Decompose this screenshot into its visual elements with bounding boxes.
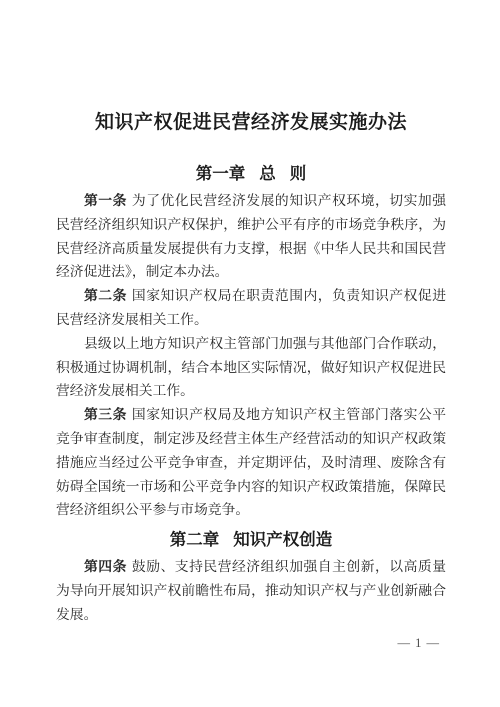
document-page: 知识产权促进民营经济发展实施办法 第一章总则第一条为了优化民营经济发展的知识产权… xyxy=(0,0,500,707)
document-body: 第一章总则第一条为了优化民营经济发展的知识产权环境，切实加强民营经济组织知识产权… xyxy=(56,160,446,627)
text-line: 发展。 xyxy=(56,603,446,627)
text-line: 措施应当经过公平竞争审查，并定期评估，及时清理、废除含有 xyxy=(56,451,446,475)
article-paragraph: 第三条国家知识产权局及地方知识产权主管部门落实公平竞争审查制度，制定涉及经营主体… xyxy=(56,403,446,522)
text-line: 第四条鼓励、支持民营经济组织加强自主创新，以高质量 xyxy=(56,555,446,579)
text-line: 第一条为了优化民营经济发展的知识产权环境，切实加强 xyxy=(56,189,446,213)
article-paragraph: 第四条鼓励、支持民营经济组织加强自主创新，以高质量为导向开展知识产权前瞻性布局，… xyxy=(56,555,446,626)
text-line: 第二条国家知识产权局在职责范围内，负责知识产权促进 xyxy=(56,284,446,308)
article-number: 第四条 xyxy=(84,559,127,574)
article-paragraph: 第一条为了优化民营经济发展的知识产权环境，切实加强民营经济组织知识产权保护，维护… xyxy=(56,189,446,284)
article-number: 第一条 xyxy=(84,193,127,208)
chapter-heading-text: 第二章 xyxy=(170,526,220,553)
page-number: — 1 — xyxy=(398,636,441,651)
chapter-heading-text: 第一章 xyxy=(196,160,246,187)
text-line: 县级以上地方知识产权主管部门加强与其他部门合作联动， xyxy=(56,332,446,356)
text-line: 第三条国家知识产权局及地方知识产权主管部门落实公平 xyxy=(56,403,446,427)
document-content: 知识产权促进民营经济发展实施办法 第一章总则第一条为了优化民营经济发展的知识产权… xyxy=(56,106,446,627)
chapter-heading-text: 知识产权创造 xyxy=(233,526,332,553)
article-paragraph: 第二条国家知识产权局在职责范围内，负责知识产权促进民营经济发展相关工作。 xyxy=(56,284,446,332)
chapter-heading-text: 总 xyxy=(259,160,276,187)
line-text: 国家知识产权局及地方知识产权主管部门落实公平 xyxy=(132,407,446,422)
line-text: 国家知识产权局在职责范围内，负责知识产权促进 xyxy=(132,288,446,303)
text-line: 积极通过协调机制，结合本地区实际情况，做好知识产权促进民 xyxy=(56,356,446,380)
text-line: 经济促进法》，制定本办法。 xyxy=(56,260,446,284)
chapter-heading-text: 则 xyxy=(290,160,307,187)
line-text: 鼓励、支持民营经济组织加强自主创新，以高质量 xyxy=(132,559,446,574)
text-line: 民营经济发展相关工作。 xyxy=(56,308,446,332)
line-text: 为了优化民营经济发展的知识产权环境，切实加强 xyxy=(132,193,446,208)
text-line: 营经济发展相关工作。 xyxy=(56,379,446,403)
text-line: 民营经济高质量发展提供有力支撑，根据《中华人民共和国民营 xyxy=(56,237,446,261)
article-number: 第二条 xyxy=(84,288,127,303)
chapter-heading: 第一章总则 xyxy=(56,160,446,187)
text-line: 为导向开展知识产权前瞻性布局，推动知识产权与产业创新融合 xyxy=(56,579,446,603)
document-title: 知识产权促进民营经济发展实施办法 xyxy=(56,106,446,140)
article-number: 第三条 xyxy=(84,407,127,422)
chapter-heading: 第二章知识产权创造 xyxy=(56,526,446,553)
text-line: 竞争审查制度，制定涉及经营主体生产经营活动的知识产权政策 xyxy=(56,427,446,451)
paragraph: 县级以上地方知识产权主管部门加强与其他部门合作联动，积极通过协调机制，结合本地区… xyxy=(56,332,446,403)
text-line: 民营经济组织知识产权保护，维护公平有序的市场竞争秩序，为 xyxy=(56,213,446,237)
text-line: 妨碍全国统一市场和公平竞争内容的知识产权政策措施，保障民 xyxy=(56,475,446,499)
text-line: 营经济组织公平参与市场竞争。 xyxy=(56,498,446,522)
